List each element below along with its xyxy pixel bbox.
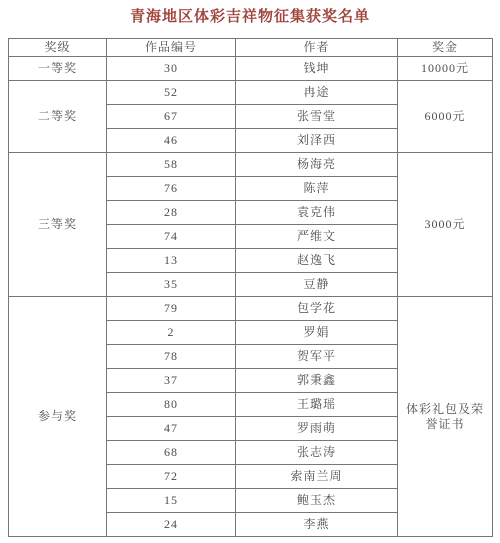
author-cell: 刘泽西	[236, 129, 398, 153]
entry-number-cell: 79	[107, 297, 236, 321]
author-cell: 李燕	[236, 513, 398, 537]
entry-number-cell: 72	[107, 465, 236, 489]
author-cell: 袁克伟	[236, 201, 398, 225]
table-header-row: 奖级作品编号作者奖金	[9, 39, 493, 57]
author-cell: 罗雨萌	[236, 417, 398, 441]
entry-number-cell: 46	[107, 129, 236, 153]
author-cell: 包学花	[236, 297, 398, 321]
entry-number-cell: 15	[107, 489, 236, 513]
prize-cell: 6000元	[398, 81, 493, 153]
entry-number-cell: 35	[107, 273, 236, 297]
table-row: 三等奖58杨海亮3000元	[9, 153, 493, 177]
header-cell-0: 奖级	[9, 39, 107, 57]
page-title: 青海地区体彩吉祥物征集获奖名单	[0, 0, 500, 25]
author-cell: 豆静	[236, 273, 398, 297]
entry-number-cell: 76	[107, 177, 236, 201]
author-cell: 贺军平	[236, 345, 398, 369]
entry-number-cell: 68	[107, 441, 236, 465]
entry-number-cell: 28	[107, 201, 236, 225]
header-cell-1: 作品编号	[107, 39, 236, 57]
author-cell: 陈萍	[236, 177, 398, 201]
awards-table-body: 一等奖30钱坤10000元二等奖52冉途6000元67张雪堂46刘泽西三等奖58…	[9, 57, 493, 537]
author-cell: 杨海亮	[236, 153, 398, 177]
entry-number-cell: 2	[107, 321, 236, 345]
author-cell: 郭秉鑫	[236, 369, 398, 393]
author-cell: 鲍玉杰	[236, 489, 398, 513]
entry-number-cell: 74	[107, 225, 236, 249]
prize-cell: 3000元	[398, 153, 493, 297]
author-cell: 罗娟	[236, 321, 398, 345]
entry-number-cell: 24	[107, 513, 236, 537]
author-cell: 冉途	[236, 81, 398, 105]
table-row: 一等奖30钱坤10000元	[9, 57, 493, 81]
entry-number-cell: 47	[107, 417, 236, 441]
author-cell: 张雪堂	[236, 105, 398, 129]
author-cell: 严维文	[236, 225, 398, 249]
prize-cell: 体彩礼包及荣誉证书	[398, 297, 493, 537]
award-level-cell: 参与奖	[9, 297, 107, 537]
awards-table: 奖级作品编号作者奖金 一等奖30钱坤10000元二等奖52冉途6000元67张雪…	[8, 38, 493, 537]
awards-table-head: 奖级作品编号作者奖金	[9, 39, 493, 57]
entry-number-cell: 30	[107, 57, 236, 81]
author-cell: 赵逸飞	[236, 249, 398, 273]
document-page: 青海地区体彩吉祥物征集获奖名单 奖级作品编号作者奖金 一等奖30钱坤10000元…	[0, 0, 500, 543]
award-level-cell: 二等奖	[9, 81, 107, 153]
entry-number-cell: 52	[107, 81, 236, 105]
author-cell: 索南兰周	[236, 465, 398, 489]
table-row: 二等奖52冉途6000元	[9, 81, 493, 105]
entry-number-cell: 37	[107, 369, 236, 393]
header-cell-2: 作者	[236, 39, 398, 57]
table-row: 参与奖79包学花体彩礼包及荣誉证书	[9, 297, 493, 321]
author-cell: 钱坤	[236, 57, 398, 81]
header-cell-3: 奖金	[398, 39, 493, 57]
award-level-cell: 三等奖	[9, 153, 107, 297]
entry-number-cell: 13	[107, 249, 236, 273]
entry-number-cell: 67	[107, 105, 236, 129]
entry-number-cell: 58	[107, 153, 236, 177]
award-level-cell: 一等奖	[9, 57, 107, 81]
author-cell: 张志涛	[236, 441, 398, 465]
author-cell: 王璐瑶	[236, 393, 398, 417]
entry-number-cell: 80	[107, 393, 236, 417]
prize-cell: 10000元	[398, 57, 493, 81]
entry-number-cell: 78	[107, 345, 236, 369]
